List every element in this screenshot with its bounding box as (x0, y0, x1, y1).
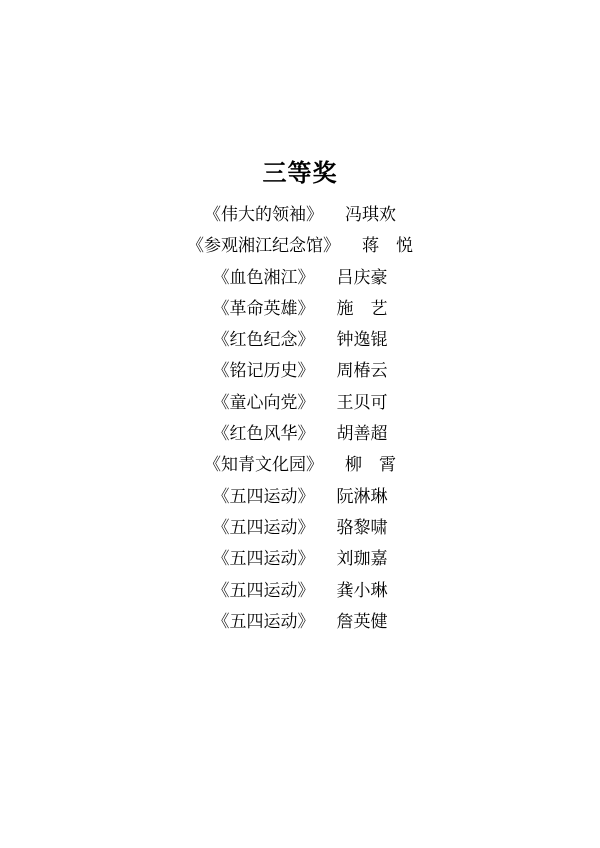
award-entry: 《血色湘江》吕庆豪 (0, 262, 600, 293)
award-entry: 《五四运动》阮淋琳 (0, 481, 600, 512)
work-title: 《五四运动》 (213, 487, 315, 506)
winner-name: 胡善超 (337, 424, 388, 443)
award-entry: 《知青文化园》柳 霄 (0, 449, 600, 480)
work-title: 《红色风华》 (213, 424, 315, 443)
winner-name: 钟逸锟 (337, 330, 388, 349)
winner-name: 吕庆豪 (337, 268, 388, 287)
award-entry: 《红色风华》胡善超 (0, 418, 600, 449)
winner-name: 周椿云 (337, 361, 388, 380)
work-title: 《红色纪念》 (213, 330, 315, 349)
work-title: 《知青文化园》 (204, 455, 323, 474)
winner-name: 冯琪欢 (345, 205, 396, 224)
work-title: 《童心向党》 (213, 393, 315, 412)
work-title: 《五四运动》 (213, 612, 315, 631)
winner-name: 詹英健 (337, 612, 388, 631)
award-entry: 《五四运动》骆黎啸 (0, 512, 600, 543)
winner-name: 蒋 悦 (362, 236, 413, 255)
work-title: 《五四运动》 (213, 518, 315, 537)
award-entry: 《革命英雄》施 艺 (0, 293, 600, 324)
award-entry: 《五四运动》刘珈嘉 (0, 543, 600, 574)
award-entry: 《五四运动》龚小琳 (0, 575, 600, 606)
work-title: 《五四运动》 (213, 549, 315, 568)
winner-name: 骆黎啸 (337, 518, 388, 537)
winner-name: 刘珈嘉 (337, 549, 388, 568)
winner-name: 阮淋琳 (337, 487, 388, 506)
award-entry: 《红色纪念》钟逸锟 (0, 324, 600, 355)
work-title: 《铭记历史》 (213, 361, 315, 380)
award-list: 《伟大的领袖》冯琪欢《参观湘江纪念馆》蒋 悦《血色湘江》吕庆豪《革命英雄》施 艺… (0, 199, 600, 637)
document-page: 三等奖 《伟大的领袖》冯琪欢《参观湘江纪念馆》蒋 悦《血色湘江》吕庆豪《革命英雄… (0, 0, 600, 848)
winner-name: 施 艺 (337, 299, 388, 318)
winner-name: 龚小琳 (337, 581, 388, 600)
work-title: 《五四运动》 (213, 581, 315, 600)
award-entry: 《伟大的领袖》冯琪欢 (0, 199, 600, 230)
award-entry: 《童心向党》王贝可 (0, 387, 600, 418)
work-title: 《参观湘江纪念馆》 (187, 236, 340, 255)
work-title: 《革命英雄》 (213, 299, 315, 318)
award-entry: 《参观湘江纪念馆》蒋 悦 (0, 230, 600, 261)
winner-name: 柳 霄 (345, 455, 396, 474)
award-entry: 《铭记历史》周椿云 (0, 355, 600, 386)
work-title: 《伟大的领袖》 (204, 205, 323, 224)
winner-name: 王贝可 (337, 393, 388, 412)
work-title: 《血色湘江》 (213, 268, 315, 287)
award-entry: 《五四运动》詹英健 (0, 606, 600, 637)
page-title: 三等奖 (0, 157, 600, 191)
